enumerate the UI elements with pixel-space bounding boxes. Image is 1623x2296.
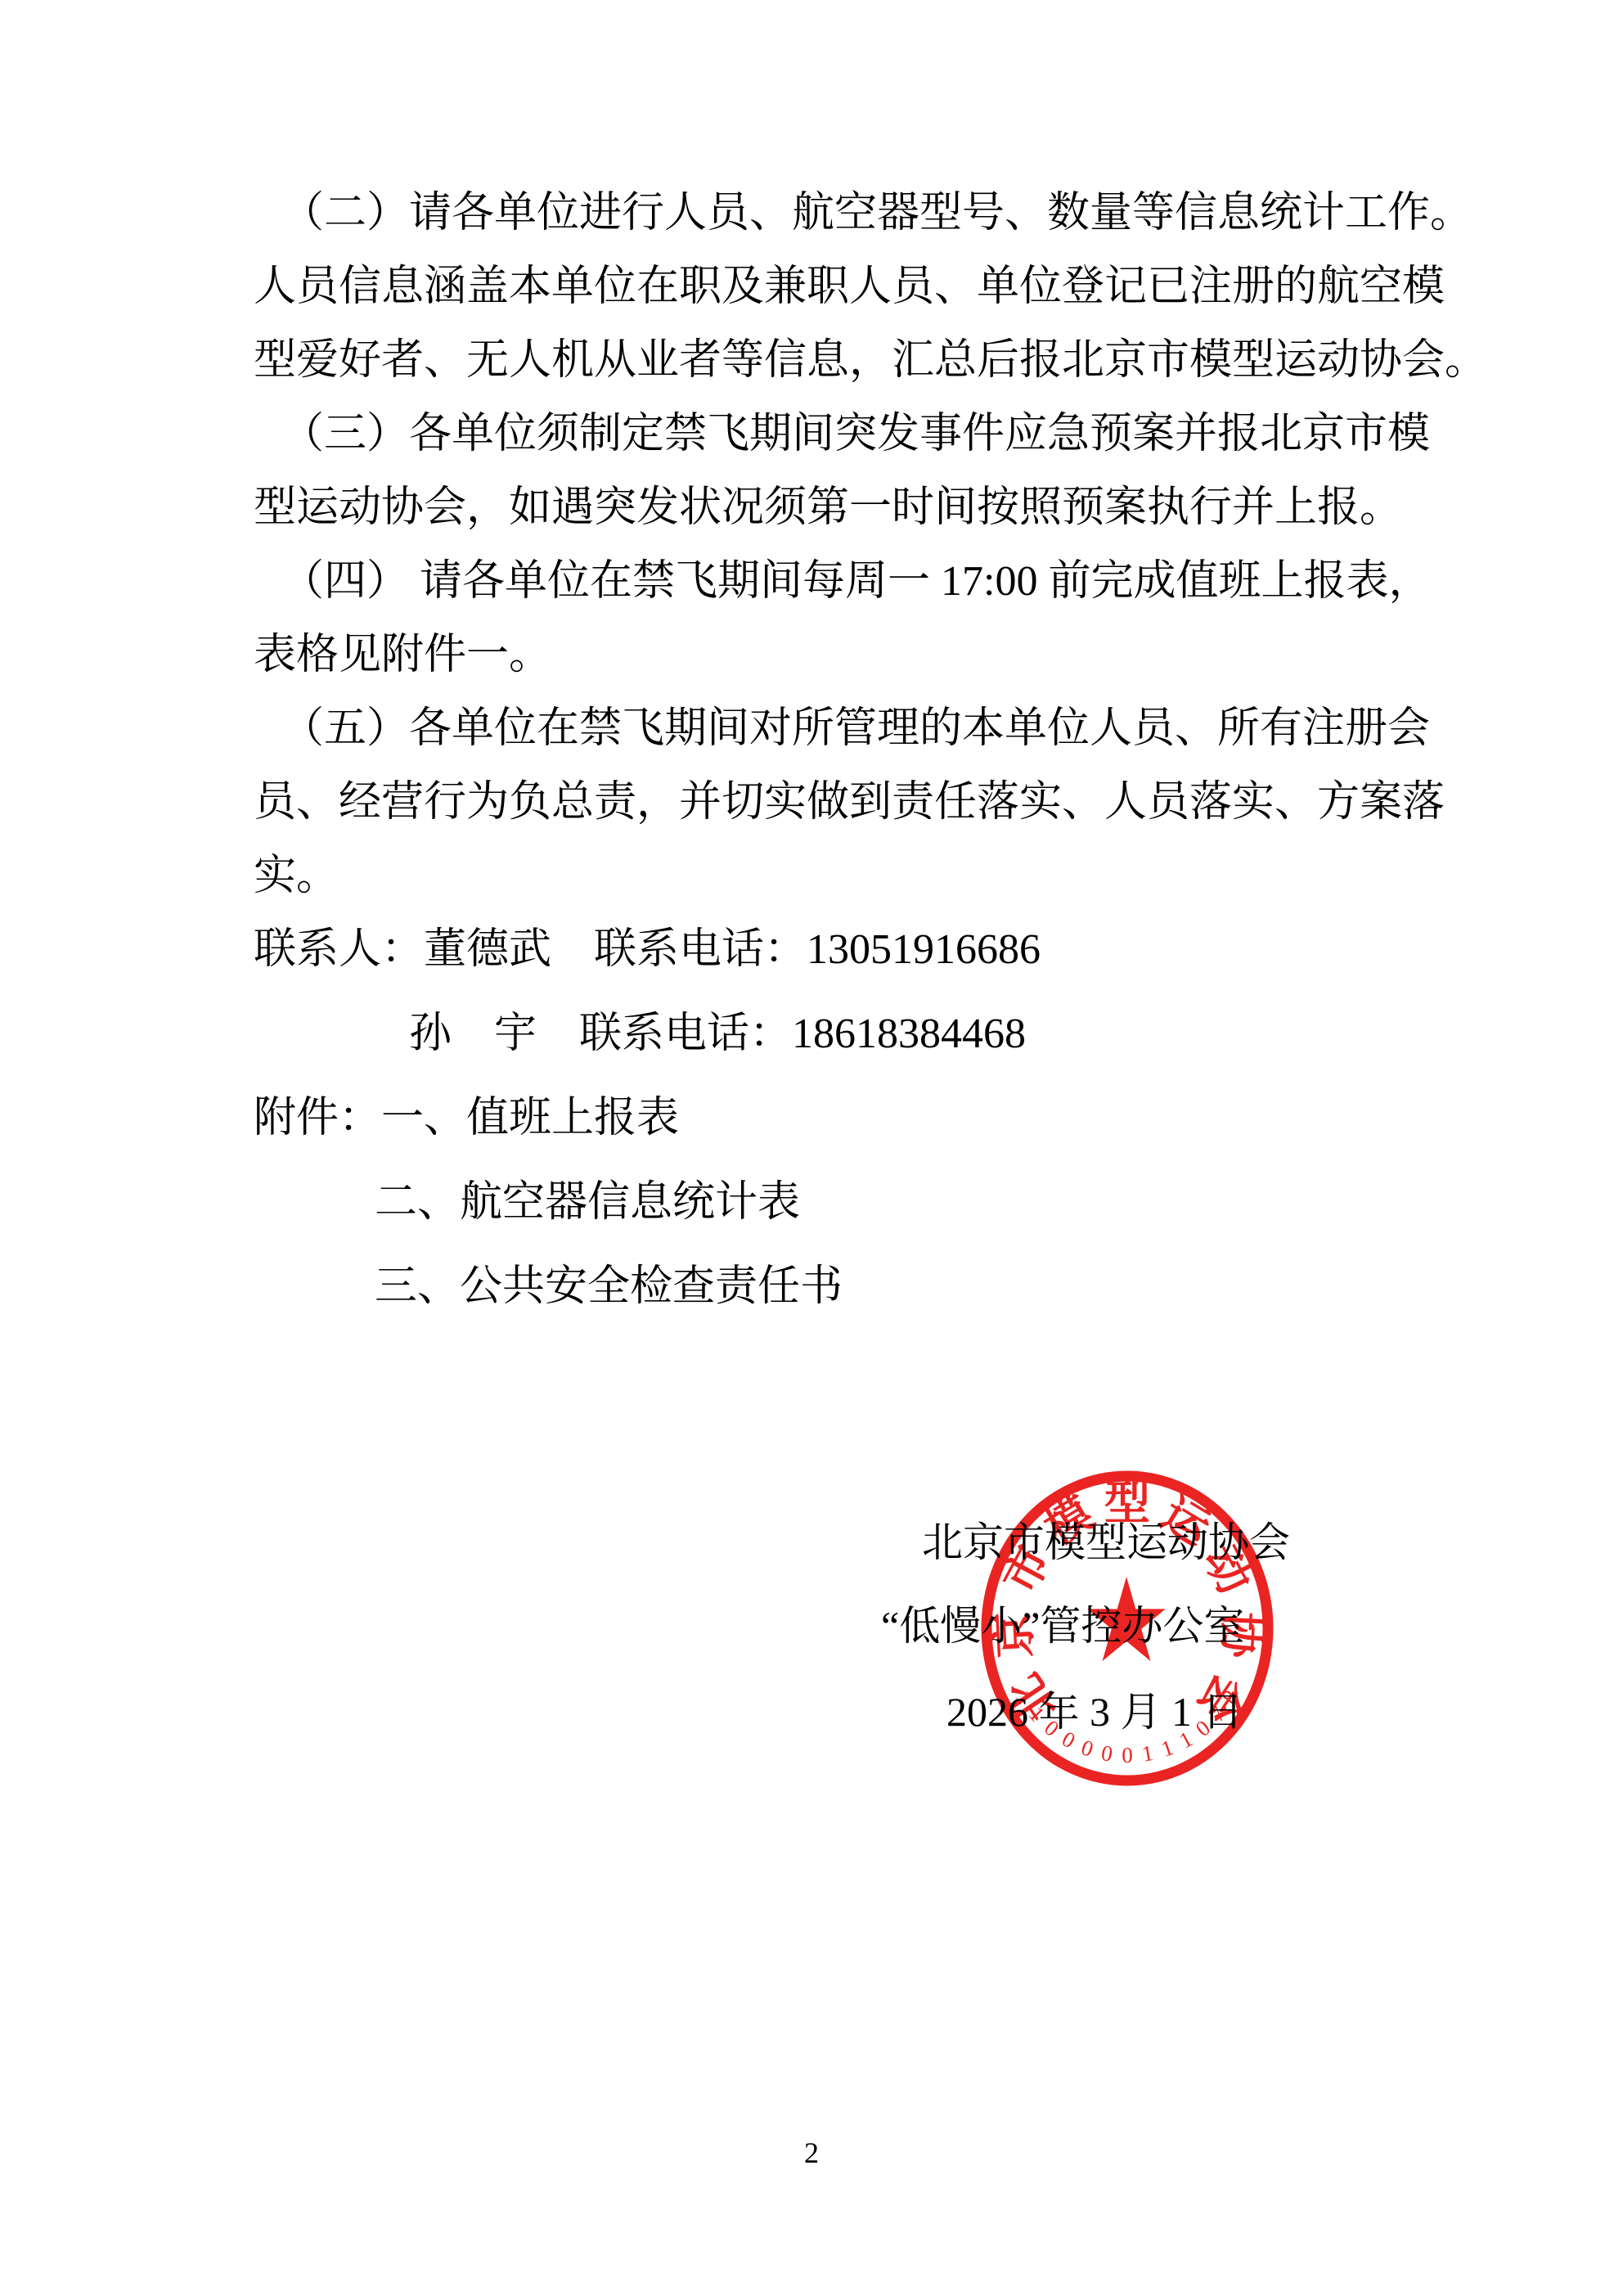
body-line: 表格见附件一。 bbox=[254, 630, 1415, 681]
body-line: 型爱好者、无人机从业者等信息，汇总后报北京市模型运动协会。 bbox=[254, 335, 1415, 386]
body-line: （二）请各单位进行人员、航空器型号、数量等信息统计工作。 bbox=[254, 188, 1443, 239]
contact-line: 联系人：董德武 联系电话：13051916686 bbox=[254, 925, 1415, 975]
seal-code-digit: 0 bbox=[1099, 1740, 1114, 1767]
body-line: （四） 请各单位在禁飞期间每周一 17:00 前完成值班上报表， bbox=[254, 556, 1443, 607]
body-line: 员、经营行为负总责，并切实做到责任落实、人员落实、方案落 bbox=[254, 777, 1415, 828]
body-line: 人员信息涵盖本单位在职及兼职人员、单位登记已注册的航空模 bbox=[254, 262, 1415, 313]
seal-code-digit: 1 bbox=[1158, 1735, 1177, 1762]
attachment-line: 三、公共安全检查责任书 bbox=[254, 1262, 1536, 1312]
attachment-line: 附件：一、值班上报表 bbox=[254, 1093, 1415, 1144]
seal-code-digit: 0 bbox=[1122, 1743, 1133, 1767]
contact-line: 孙 宇 联系电话：18618384468 bbox=[254, 1009, 1571, 1060]
document-page: （二）请各单位进行人员、航空器型号、数量等信息统计工作。 人员信息涵盖本单位在职… bbox=[0, 0, 1623, 2296]
seal-code-digit: 1 bbox=[1140, 1740, 1155, 1767]
page-number: 2 bbox=[0, 2136, 1623, 2170]
body-line: 型运动协会，如遇突发状况须第一时间按照预案执行并上报。 bbox=[254, 483, 1415, 533]
seal-code-digit: 0 bbox=[1078, 1735, 1097, 1762]
attachment-line: 二、航空器信息统计表 bbox=[254, 1177, 1536, 1228]
closing-office-line: “低慢小”管控办公室 bbox=[881, 1601, 1244, 1650]
body-line: （五）各单位在禁飞期间对所管理的本单位人员、所有注册会 bbox=[254, 704, 1443, 754]
closing-org-line: 北京市模型运动协会 bbox=[922, 1518, 1290, 1567]
body-line: 实。 bbox=[254, 851, 1415, 902]
body-line: （三）各单位须制定禁飞期间突发事件应急预案并报北京市模 bbox=[254, 409, 1443, 460]
closing-date-line: 2026 年 3 月 1 日 bbox=[946, 1687, 1243, 1736]
